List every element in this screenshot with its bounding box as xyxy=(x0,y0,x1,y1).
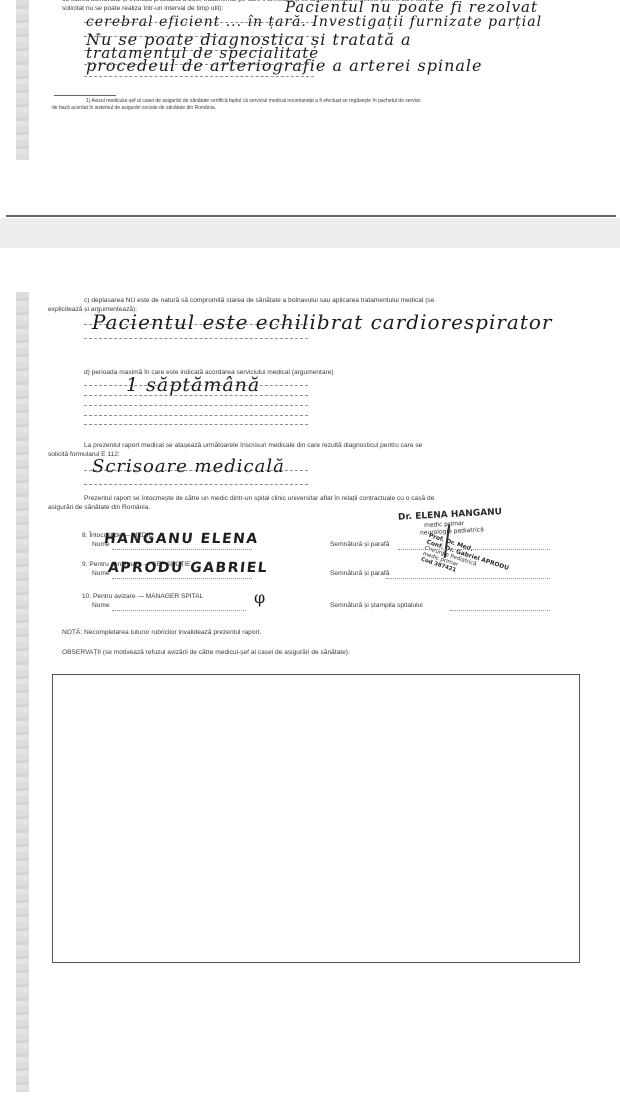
footnote-separator xyxy=(54,95,116,96)
name-line xyxy=(112,549,252,550)
writing-line xyxy=(84,338,308,339)
handwritten-attachments: Scrisoare medicală xyxy=(92,456,285,477)
signatory-10-role: 10. Pentru avizare — MANAGER SPITAL xyxy=(82,593,203,601)
note-text: NOTĂ: Necompletarea tuturor rubricilor i… xyxy=(62,629,261,637)
writing-line xyxy=(84,76,314,77)
writing-line xyxy=(84,424,308,425)
writing-line xyxy=(84,405,308,406)
scan-binding-edge xyxy=(16,0,29,160)
handwritten-justification-line-5: procedeul de arteriografie a arterei spi… xyxy=(86,56,483,75)
writing-line xyxy=(84,484,308,485)
document-page-1: cu starea bolnavului și evoluția probabi… xyxy=(0,0,620,218)
signature-line xyxy=(450,610,550,611)
signatory-8-name: HANGANU ELENA xyxy=(103,531,259,547)
document-page-2: c) deplasarea NU este de natură să compr… xyxy=(0,248,620,1105)
signatory-8-signature-label: Semnătură și parafă xyxy=(330,541,389,549)
observations-label: OBSERVAȚII (se motivează refuzul avizări… xyxy=(62,649,350,657)
signature-line xyxy=(398,549,550,550)
signatory-9-name: APRODU GABRIEL xyxy=(107,560,269,576)
handwritten-section-c: Pacientul este echilibrat cardiorespirat… xyxy=(92,310,553,334)
handwritten-justification-line-2: cerebral eficient ... în țară. Investiga… xyxy=(86,14,542,30)
page-gap xyxy=(0,218,620,248)
attachments-label-line-1: La prezentul raport medical se atașează … xyxy=(84,442,422,450)
footnote-line-2: de bază acordat în sistemul de asigurări… xyxy=(52,105,216,112)
observations-box xyxy=(52,674,580,963)
scan-binding-edge xyxy=(16,292,29,1092)
signatory-10-name-label: Nume xyxy=(92,602,110,610)
signatory-10-signature-label: Semnătură și ștampila spitalului xyxy=(330,602,423,610)
page-bottom-edge xyxy=(6,215,616,217)
footnote-line-1: 1) Avizul medicului-șef al casei de asig… xyxy=(86,98,421,105)
signatory-9-signature-label: Semnătură și parafă xyxy=(330,570,389,578)
name-line xyxy=(112,610,246,611)
section-c-label-line-1: c) deplasarea NU este de natură să compr… xyxy=(84,297,434,305)
name-line xyxy=(112,578,252,579)
handwritten-section-d: 1 săptămână xyxy=(126,374,260,396)
signature-line xyxy=(386,578,550,579)
writing-line xyxy=(84,415,308,416)
issuance-line-1: Prezentul raport se întocmește de către … xyxy=(84,495,434,503)
intro-text-line-2: solicitat nu se poate realiza într-un in… xyxy=(62,5,223,13)
issuance-line-2: asigurări de sănătate din România. xyxy=(48,504,150,512)
manager-initial-mark: φ xyxy=(254,588,266,607)
